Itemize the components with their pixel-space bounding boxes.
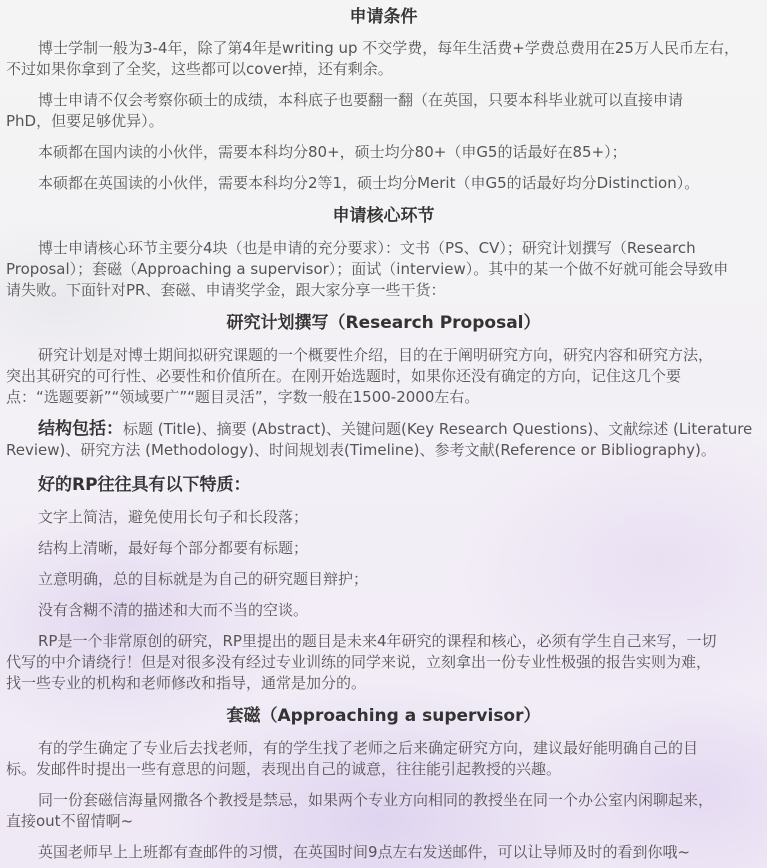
trait-item: 结构上清晰，最好每个部分都要有标题； [38, 538, 308, 559]
section-title-proposal: 研究计划撰写（Research Proposal） [0, 312, 767, 334]
trait-item: 立意明确，总的目标就是为自己的研究题目辩护； [38, 569, 368, 590]
paragraph-approach-2: 同一份套磁信海量网撒各个教授是禁忌，如果两个专业方向相同的教授坐在同一个办公室内… [6, 790, 764, 832]
section-title-core: 申请核心环节 [0, 205, 767, 227]
paragraph-conditions-3: 本硕都在国内读的小伙伴，需要本科均分80+，硕士均分80+（申G5的话最好在85… [6, 142, 764, 163]
paragraph-core-1: 博士申请核心环节主要分4块（也是申请的充分要求）：文书（PS、CV）；研究计划撰… [6, 238, 764, 301]
paragraph-conditions-2: 博士申请不仅会考察你硕士的成绩，本科底子也要翻一翻（在英国，只要本科毕业就可以直… [6, 90, 764, 132]
paragraph-conditions-1: 博士学制一般为3-4年，除了第4年是writing up 不交学费，每年生活费+… [6, 38, 764, 80]
paragraph-conditions-4: 本硕都在英国读的小伙伴，需要本科均分2等1，硕士均分Merit（申G5的话最好均… [6, 173, 764, 194]
structure-lead: 结构包括： [38, 419, 123, 439]
paragraph-approach-1: 有的学生确定了专业后去找老师，有的学生找了老师之后来确定研究方向，建议最好能明确… [6, 738, 764, 780]
traits-title: 好的RP往往具有以下特质： [38, 474, 251, 496]
paragraph-proposal-1: 研究计划是对博士期间拟研究课题的一个概要性介绍，目的在于阐明研究方向，研究内容和… [6, 345, 764, 408]
paragraph-approach-3: 英国老师早上上班都有查邮件的习惯，在英国时间9点左右发送邮件，可以让导师及时的看… [6, 842, 764, 863]
trait-item: 没有含糊不清的描述和大而不当的空谈。 [38, 600, 308, 621]
section-title-approach: 套磁（Approaching a supervisor） [0, 705, 767, 727]
trait-item: 文字上简洁，避免使用长句子和长段落； [38, 507, 308, 528]
section-title-conditions: 申请条件 [0, 6, 767, 28]
paragraph-proposal-structure: 结构包括：标题 (Title)、摘要 (Abstract)、关键问题(Key R… [6, 419, 764, 461]
paragraph-proposal-2: RP是一个非常原创的研究，RP里提出的题目是未来4年研究的课程和核心，必须有学生… [6, 631, 764, 694]
